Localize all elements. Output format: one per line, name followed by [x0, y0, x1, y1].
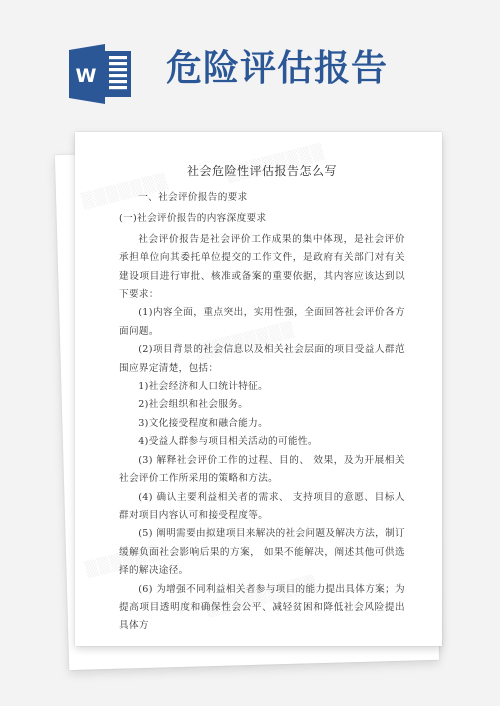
list-item: 2)社会组织和社会服务。 — [119, 396, 405, 414]
list-item: 4)受益人群参与项目相关活动的可能性。 — [119, 433, 405, 451]
document-title: 社会危险性评估报告怎么写 — [119, 162, 405, 180]
paragraph: 社会评价报告是社会评价工作成果的集中体现，是社会评价承担单位向其委托单位提交的工… — [119, 231, 405, 305]
paragraph: (1)内容全面，重点突出，实用性强，全面回答社会评价各方面问题。 — [119, 304, 405, 341]
paragraph: (3) 解释社会评价工作的过程、目的、 效果，及为开展相关社会评价工作所采用的策… — [119, 452, 405, 489]
paragraph: (6) 为增强不同利益相关者参与项目的能力提出具体方案；为提高项目透明度和确保性… — [119, 581, 405, 636]
section-heading: 一、社会评价报告的要求 — [119, 189, 405, 207]
banner-title: 危险评估报告 — [166, 46, 388, 90]
document-page: ▒▒▒▒▒▒▒ ▒▒▒▒▒▒▒▒ ▒▒▒▒▒▒▒▒ ▒▒▒▒▒▒ ▒▒▒▒▒▒▒… — [75, 132, 442, 646]
list-item: 1)社会经济和人口统计特征。 — [119, 378, 405, 396]
document-body: 社会危险性评估报告怎么写 一、社会评价报告的要求 (一)社会评价报告的内容深度要… — [119, 162, 405, 636]
banner: W 危险评估报告 — [0, 0, 500, 130]
word-icon: W — [69, 44, 133, 104]
paragraph: (2)项目背景的社会信息以及相关社会层面的项目受益人群范围应界定清楚，包括： — [119, 341, 405, 378]
list-item: 3)文化接受程度和融合能力。 — [119, 415, 405, 433]
svg-text:W: W — [76, 65, 97, 87]
paragraph: (5) 阐明需要由拟建项目来解决的社会问题及解决方法，制订缓解负面社会影响后果的… — [119, 525, 405, 580]
subsection-heading: (一)社会评价报告的内容深度要求 — [119, 210, 405, 228]
paragraph: (4) 确认主要利益相关者的需求、 支持项目的意愿、目标人群对项目内容认可和接受… — [119, 489, 405, 526]
